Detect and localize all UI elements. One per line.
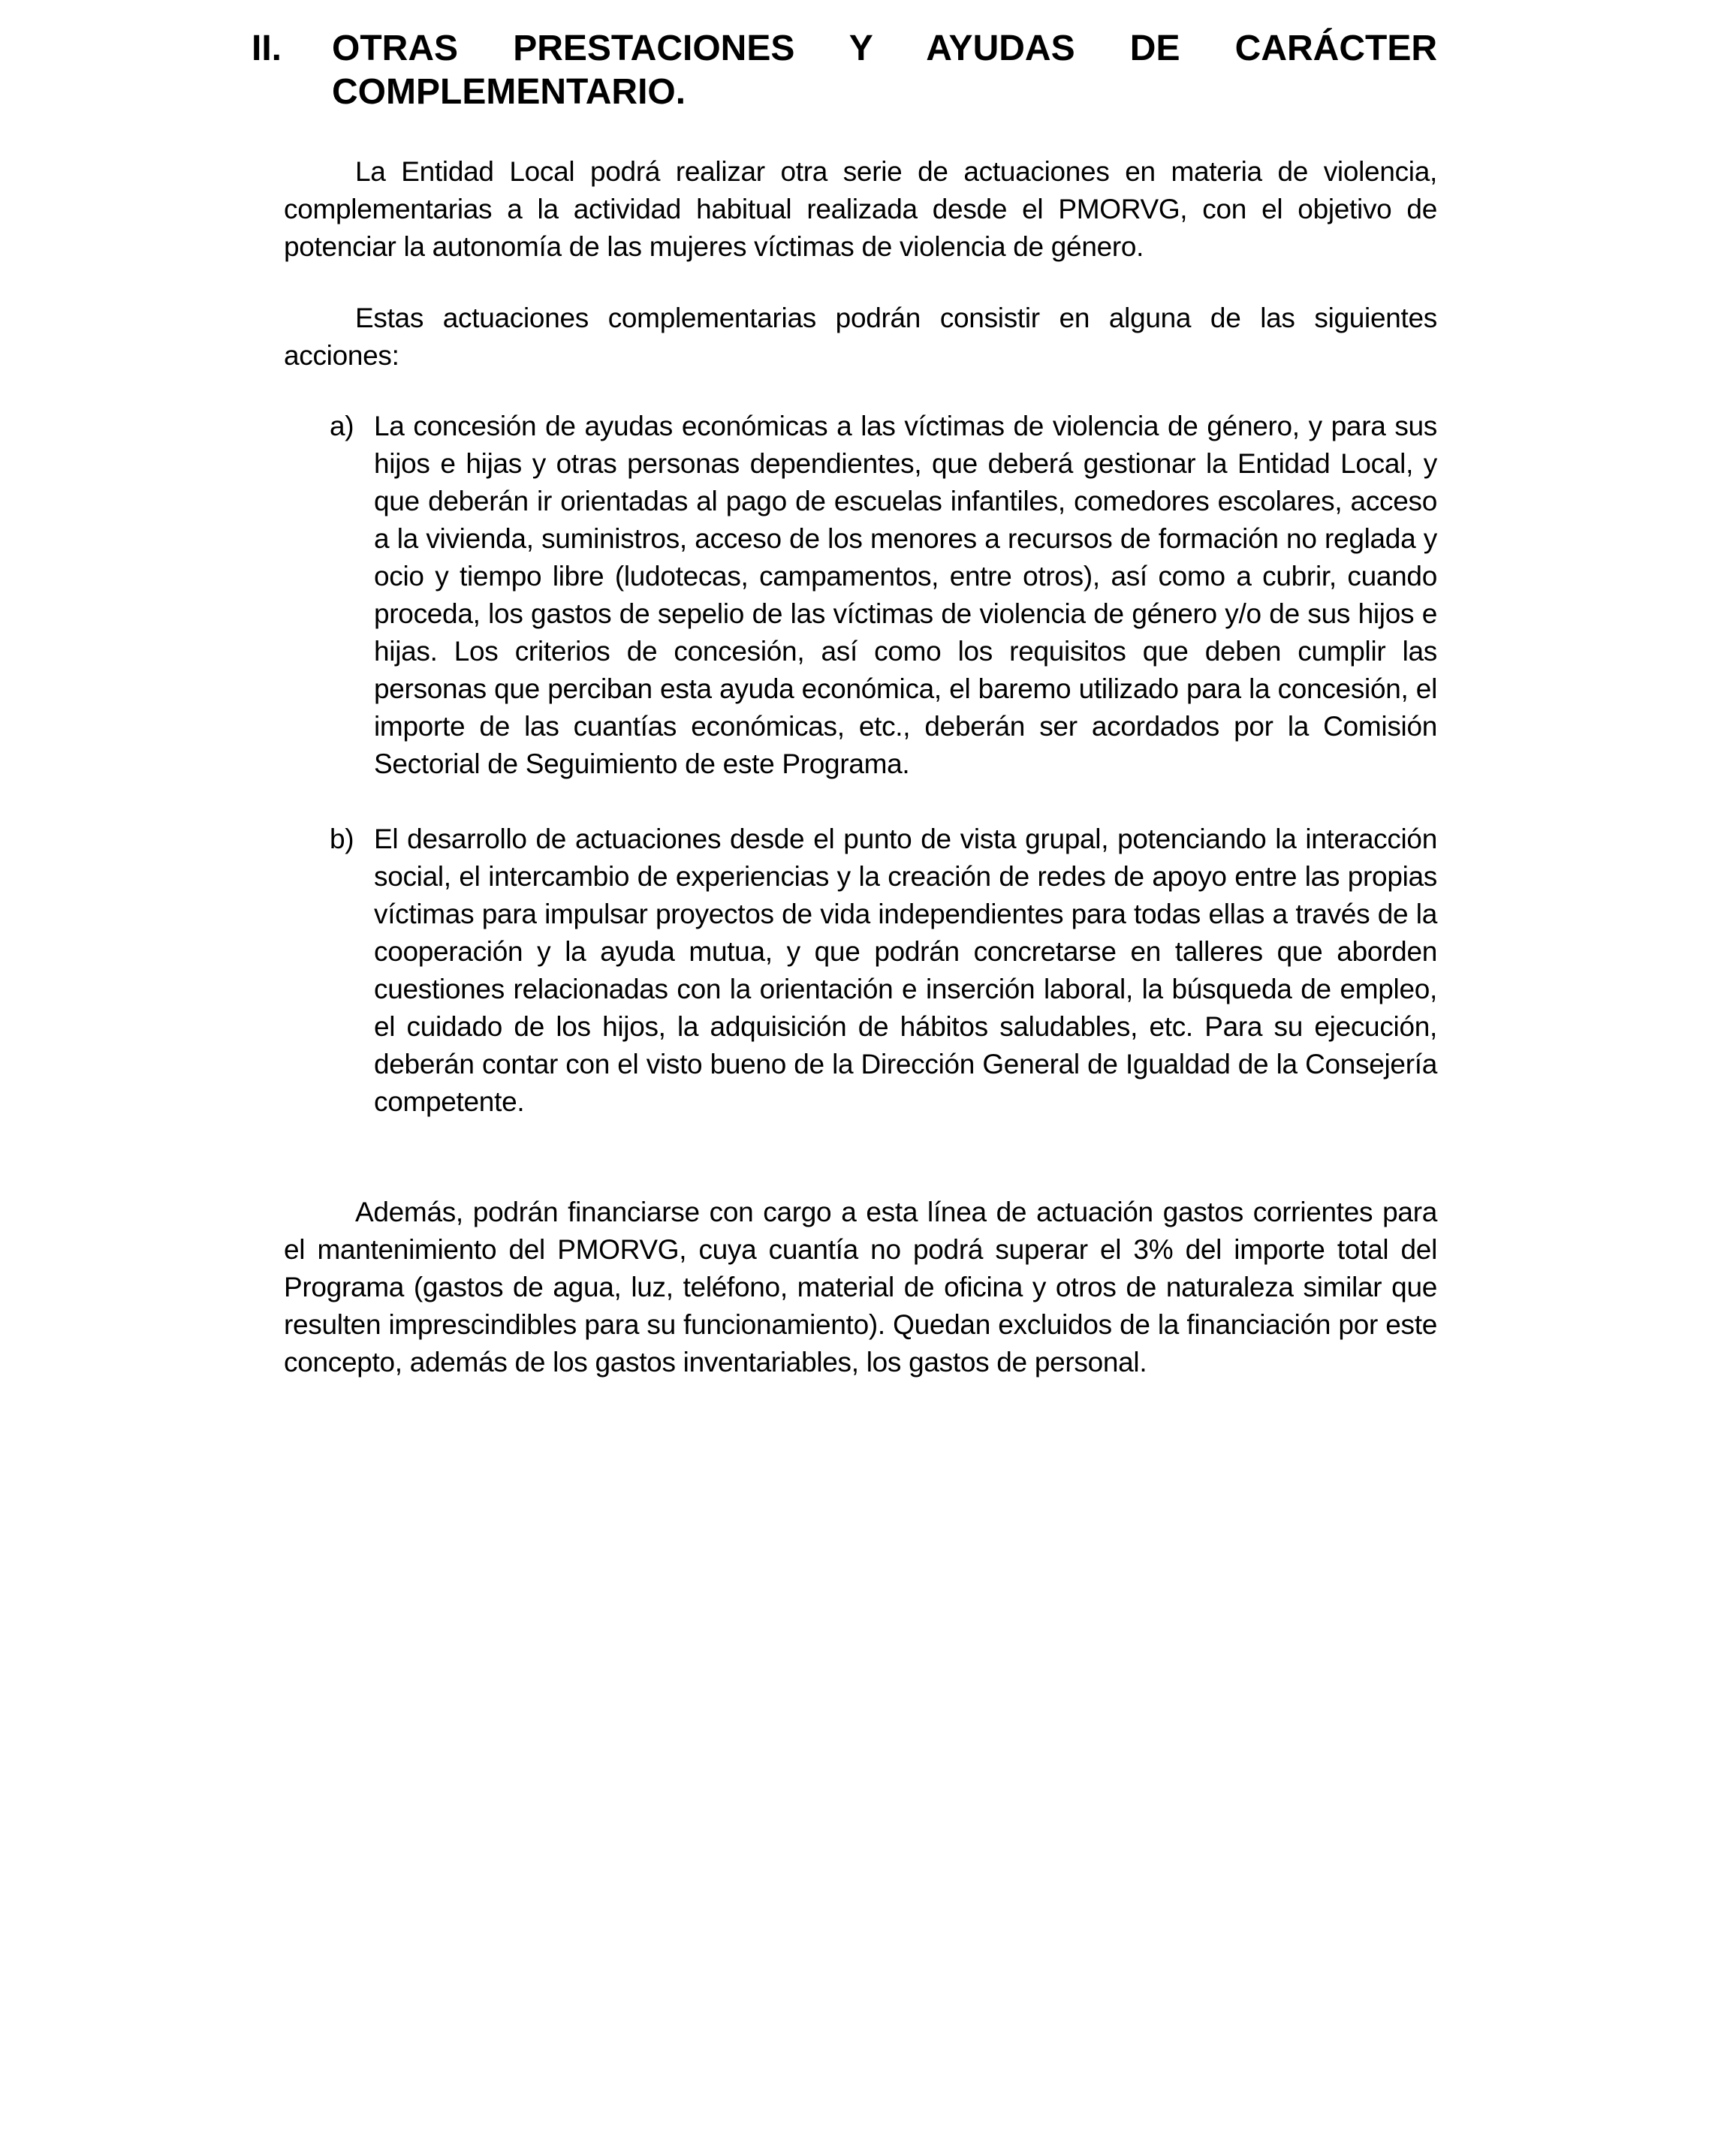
list-item-b: b) El desarrollo de actuaciones desde el… (284, 821, 1437, 1121)
document-content: II. OTRAS PRESTACIONES Y AYUDAS DE CARÁC… (284, 27, 1437, 1381)
section-heading-number: II. (252, 27, 332, 114)
list-item-b-text: El desarrollo de actuaciones desde el pu… (374, 821, 1437, 1121)
section-heading-text: OTRAS PRESTACIONES Y AYUDAS DE CARÁCTER … (332, 27, 1437, 114)
document-page: II. OTRAS PRESTACIONES Y AYUDAS DE CARÁC… (0, 0, 1715, 2156)
list-item-a-text: La concesión de ayudas económicas a las … (374, 408, 1437, 783)
closing-paragraph: Además, podrán financiarse con cargo a e… (284, 1194, 1437, 1381)
intro-paragraph: La Entidad Local podrá realizar otra ser… (284, 153, 1437, 266)
list-item-b-marker: b) (330, 821, 374, 1121)
list-item-a: a) La concesión de ayudas económicas a l… (284, 408, 1437, 783)
actions-lead-paragraph: Estas actuaciones complementarias podrán… (284, 300, 1437, 375)
section-heading: II. OTRAS PRESTACIONES Y AYUDAS DE CARÁC… (252, 27, 1437, 114)
list-item-a-marker: a) (330, 408, 374, 783)
